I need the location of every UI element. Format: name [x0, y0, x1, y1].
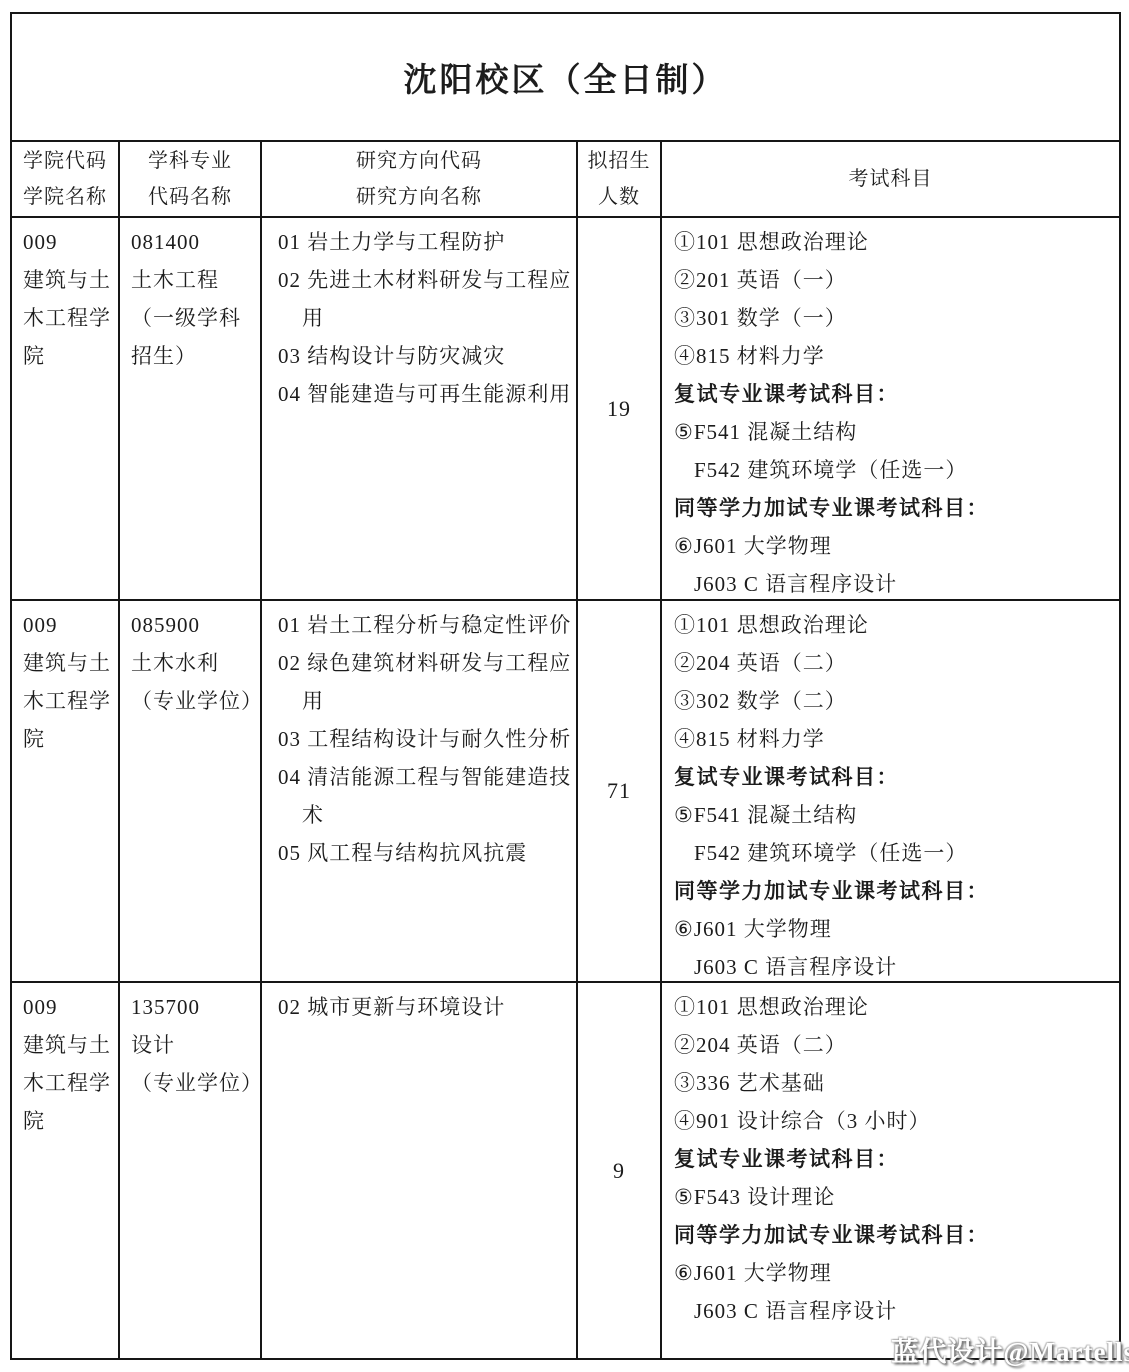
text-line: 土木水利 — [131, 644, 254, 682]
text-line: 院 — [23, 337, 112, 375]
cell-discipline-code-name: 135700设计（专业学位） — [118, 981, 260, 1358]
text-line: 同等学力加试专业课考试科目： — [674, 872, 1113, 910]
text-line: ③336 艺术基础 — [674, 1064, 1113, 1102]
text-line: ④815 材料力学 — [674, 337, 1113, 375]
text-line: 01 岩土工程分析与稳定性评价 — [278, 606, 570, 644]
text-line: J603 C 语言程序设计 — [674, 565, 1113, 599]
text-line: 术 — [278, 796, 570, 834]
text-line: ③302 数学（二） — [674, 682, 1113, 720]
text-line: 009 — [23, 223, 112, 261]
text-line: 招生） — [131, 337, 254, 375]
text-line: 用 — [278, 299, 570, 337]
text-line: 设计 — [131, 1026, 254, 1064]
cell-college-code-name: 009建筑与土木工程学院 — [12, 216, 118, 599]
text-line: 02 城市更新与环境设计 — [278, 988, 570, 1026]
text-line: 03 结构设计与防灾减灾 — [278, 337, 570, 375]
text-line: 02 绿色建筑材料研发与工程应 — [278, 644, 570, 682]
text-line: 009 — [23, 606, 112, 644]
text-line: 木工程学 — [23, 682, 112, 720]
text-line: ⑤F541 混凝土结构 — [674, 796, 1113, 834]
text-line: ②201 英语（一） — [674, 261, 1113, 299]
text-line: 学科专业 — [148, 143, 232, 179]
cell-enrollment-count: 71 — [576, 599, 660, 981]
text-line: ①101 思想政治理论 — [674, 223, 1113, 261]
text-line: 院 — [23, 1102, 112, 1140]
text-line: 085900 — [131, 606, 254, 644]
text-line: ⑤F543 设计理论 — [674, 1178, 1113, 1216]
text-line: 02 先进土木材料研发与工程应 — [278, 261, 570, 299]
cell-college-code-name: 009建筑与土木工程学院 — [12, 599, 118, 981]
col-header-college: 学院代码学院名称 — [12, 140, 118, 216]
cell-enrollment-count: 19 — [576, 216, 660, 599]
text-line: ④901 设计综合（3 小时） — [674, 1102, 1113, 1140]
cell-research-directions: 01 岩土工程分析与稳定性评价02 绿色建筑材料研发与工程应用03 工程结构设计… — [260, 599, 576, 981]
campus-title: 沈阳校区（全日制） — [12, 14, 1119, 140]
cell-exam-subjects: ①101 思想政治理论②201 英语（一）③301 数学（一）④815 材料力学… — [660, 216, 1119, 599]
cell-enrollment-count: 9 — [576, 981, 660, 1358]
cell-discipline-code-name: 085900土木水利（专业学位） — [118, 599, 260, 981]
text-line: ③301 数学（一） — [674, 299, 1113, 337]
text-line: 081400 — [131, 223, 254, 261]
text-line: （专业学位） — [131, 1064, 254, 1102]
text-line: 拟招生 — [588, 143, 651, 179]
text-line: J603 C 语言程序设计 — [674, 948, 1113, 981]
text-line: 03 工程结构设计与耐久性分析 — [278, 720, 570, 758]
document-page: 沈阳校区（全日制） 学院代码学院名称 学科专业代码名称 研究方向代码研究方向名称… — [0, 0, 1129, 1372]
cell-discipline-code-name: 081400土木工程（一级学科招生） — [118, 216, 260, 599]
text-line: ⑥J601 大学物理 — [674, 1254, 1113, 1292]
text-line: F542 建筑环境学（任选一） — [674, 451, 1113, 489]
text-line: ⑤F541 混凝土结构 — [674, 413, 1113, 451]
text-line: J603 C 语言程序设计 — [674, 1292, 1113, 1330]
text-line: 研究方向代码 — [356, 143, 482, 179]
text-line: 学院代码 — [23, 143, 107, 179]
text-line: 木工程学 — [23, 1064, 112, 1102]
text-line: ①101 思想政治理论 — [674, 606, 1113, 644]
text-line: 人数 — [598, 179, 640, 215]
watermark: 蓝代设计@Martells — [891, 1330, 1129, 1369]
text-line: ②204 英语（二） — [674, 1026, 1113, 1064]
text-line: （一级学科 — [131, 299, 254, 337]
col-header-discipline: 学科专业代码名称 — [118, 140, 260, 216]
col-header-enrollment: 拟招生人数 — [576, 140, 660, 216]
text-line: 建筑与土 — [23, 1026, 112, 1064]
text-line: ⑥J601 大学物理 — [674, 527, 1113, 565]
text-line: 建筑与土 — [23, 261, 112, 299]
text-line: ②204 英语（二） — [674, 644, 1113, 682]
text-line: 研究方向名称 — [356, 179, 482, 215]
text-line: 复试专业课考试科目： — [674, 375, 1113, 413]
text-line: 木工程学 — [23, 299, 112, 337]
text-line: 05 风工程与结构抗风抗震 — [278, 834, 570, 872]
text-line: 复试专业课考试科目： — [674, 758, 1113, 796]
text-line: 04 智能建造与可再生能源利用 — [278, 375, 570, 413]
text-line: 04 清洁能源工程与智能建造技 — [278, 758, 570, 796]
text-line: ①101 思想政治理论 — [674, 988, 1113, 1026]
text-line: 同等学力加试专业课考试科目： — [674, 1216, 1113, 1254]
text-line: 同等学力加试专业课考试科目： — [674, 489, 1113, 527]
text-line: 01 岩土力学与工程防护 — [278, 223, 570, 261]
text-line: 复试专业课考试科目： — [674, 1140, 1113, 1178]
admissions-table: 沈阳校区（全日制） 学院代码学院名称 学科专业代码名称 研究方向代码研究方向名称… — [10, 12, 1121, 1360]
col-header-exams: 考试科目 — [660, 140, 1119, 216]
cell-exam-subjects: ①101 思想政治理论②204 英语（二）③336 艺术基础④901 设计综合（… — [660, 981, 1119, 1358]
text-line: 009 — [23, 988, 112, 1026]
text-line: 代码名称 — [148, 179, 232, 215]
text-line: 院 — [23, 720, 112, 758]
text-line: ⑥J601 大学物理 — [674, 910, 1113, 948]
col-header-directions: 研究方向代码研究方向名称 — [260, 140, 576, 216]
text-line: 用 — [278, 682, 570, 720]
text-line: 135700 — [131, 988, 254, 1026]
cell-college-code-name: 009建筑与土木工程学院 — [12, 981, 118, 1358]
text-line: ④815 材料力学 — [674, 720, 1113, 758]
text-line: 学院名称 — [23, 179, 107, 215]
cell-research-directions: 01 岩土力学与工程防护02 先进土木材料研发与工程应用03 结构设计与防灾减灾… — [260, 216, 576, 599]
text-line: 土木工程 — [131, 261, 254, 299]
cell-exam-subjects: ①101 思想政治理论②204 英语（二）③302 数学（二）④815 材料力学… — [660, 599, 1119, 981]
cell-research-directions: 02 城市更新与环境设计 — [260, 981, 576, 1358]
text-line: （专业学位） — [131, 682, 254, 720]
text-line: 建筑与土 — [23, 644, 112, 682]
text-line: 考试科目 — [849, 161, 933, 197]
text-line: F542 建筑环境学（任选一） — [674, 834, 1113, 872]
